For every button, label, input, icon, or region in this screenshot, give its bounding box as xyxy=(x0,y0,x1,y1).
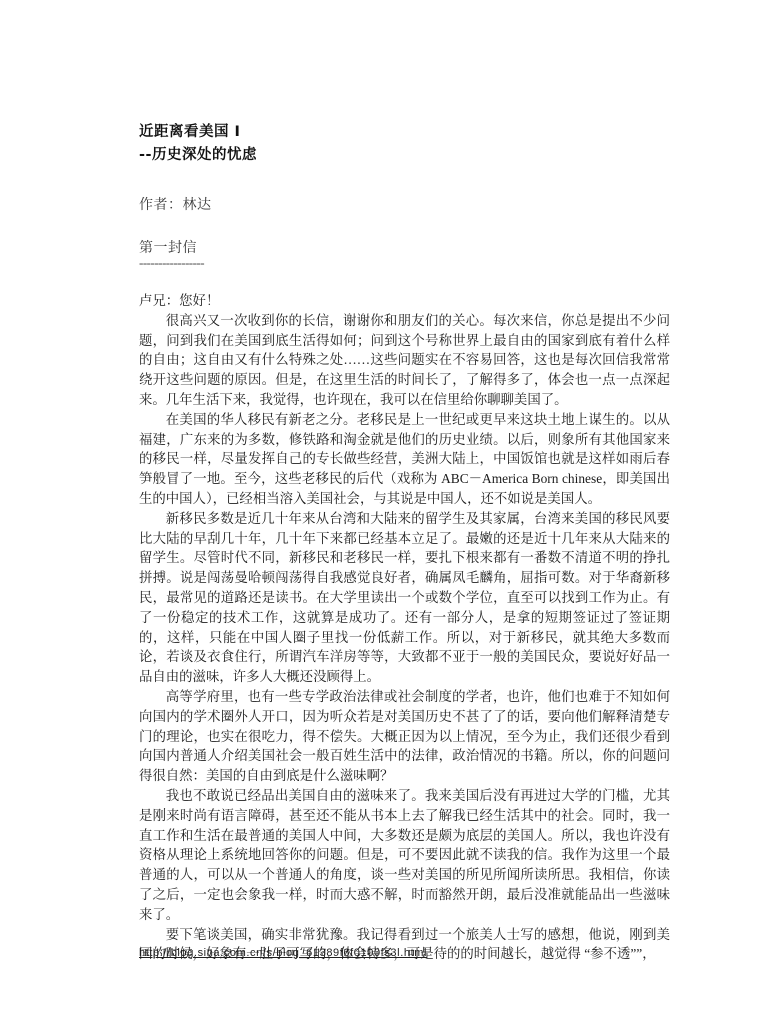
body-paragraph: 很高兴又一次收到你的长信，谢谢你和朋友们的关心。每次来信，你总是提出不少问题，问… xyxy=(139,311,670,410)
document-title-block: 近距离看美国 Ⅰ --历史深处的忧虑 xyxy=(139,121,670,167)
letter-body: 卢兄：您好！ 很高兴又一次收到你的长信，谢谢你和朋友们的关心。每次来信，你总是提… xyxy=(139,291,670,964)
document-page: 近距离看美国 Ⅰ --历史深处的忧虑 作者：林达 第一封信 ----------… xyxy=(0,0,768,1024)
body-paragraph: 在美国的华人移民有新老之分。老移民是上一世纪或更早来这块土地上谋生的。以从福建，… xyxy=(139,410,670,509)
document-subtitle: --历史深处的忧虑 xyxy=(139,144,670,167)
author-line: 作者：林达 xyxy=(139,197,212,214)
salutation: 卢兄：您好！ xyxy=(139,291,670,311)
body-paragraph: 我也不敢说已经品出美国自由的滋味来了。我来美国后没有再进过大学的门槛，尤其是刚来… xyxy=(139,786,670,925)
body-paragraph: 高等学府里，也有一些专学政治法律或社会制度的学者，也许，他们也难于不知如何向国内… xyxy=(139,687,670,786)
document-title: 近距离看美国 Ⅰ xyxy=(139,121,670,144)
section-divider: ----------------- xyxy=(139,256,204,270)
source-url-link[interactable]: http://blog.sina.com.cn/s/blog_61389f6f0… xyxy=(139,947,427,959)
body-paragraph: 新移民多数是近几十年来从台湾和大陆来的留学生及其家属，台湾来美国的移民风要比大陆… xyxy=(139,509,670,687)
